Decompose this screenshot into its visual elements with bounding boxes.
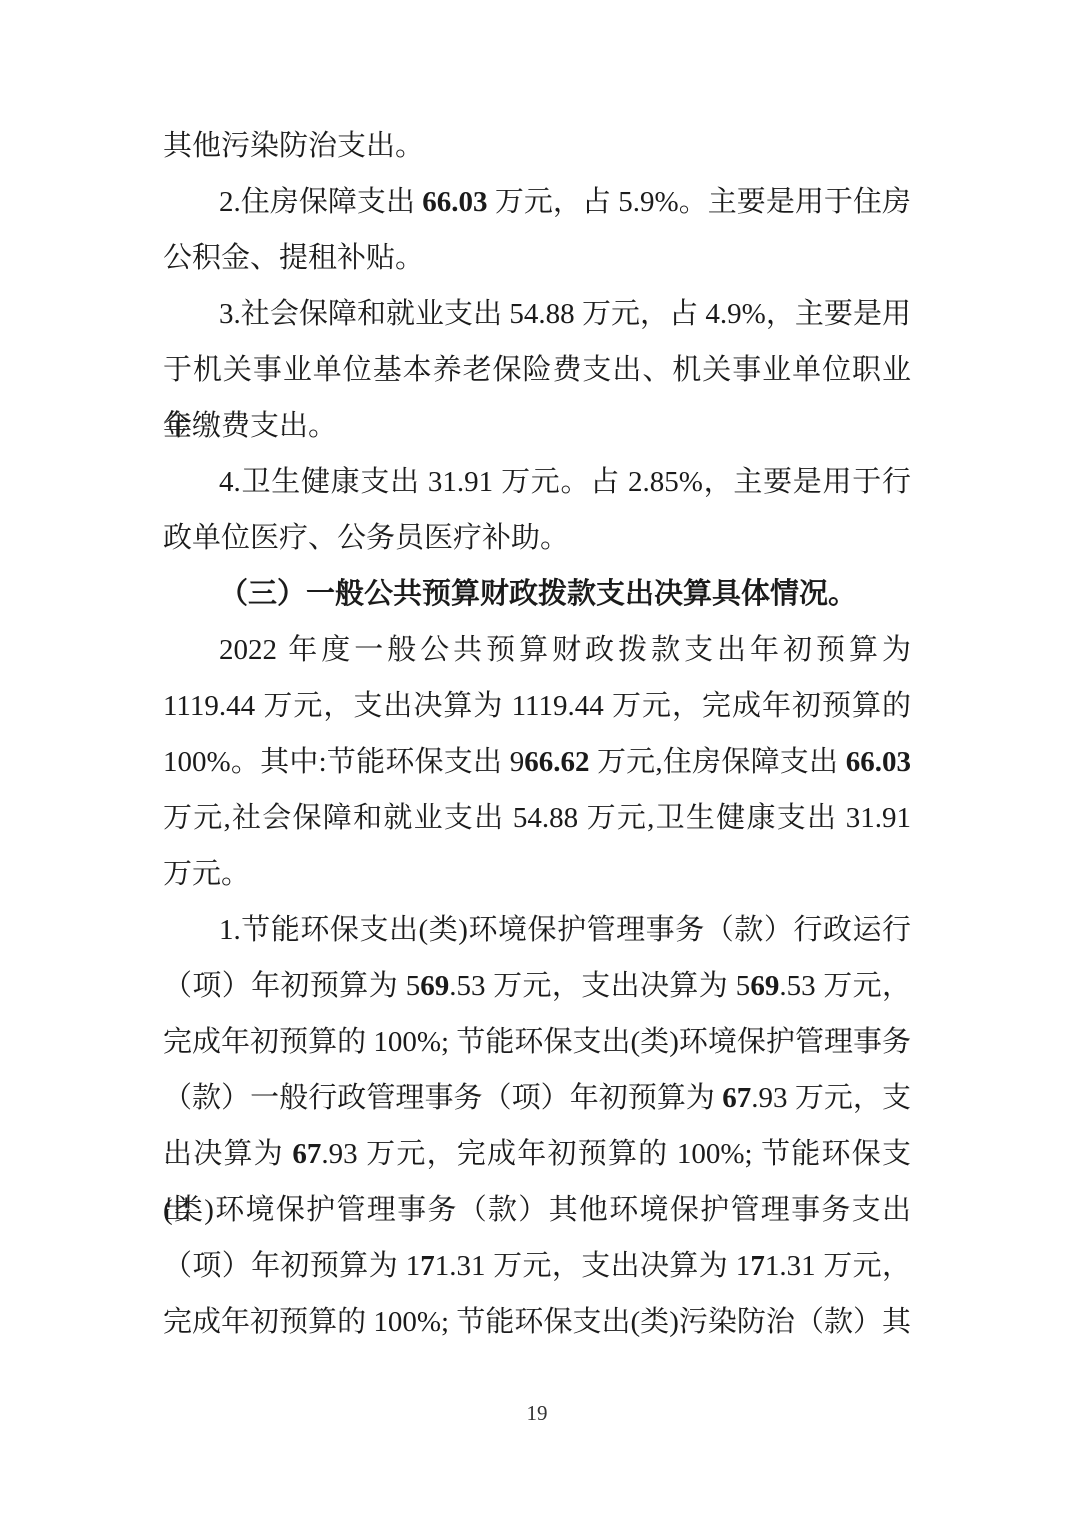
text-line: 4.卫生健康支出 31.91 万元。占 2.85%，主要是用于行 [163,454,911,510]
text-line: 于机关事业单位基本养老保险费支出、机关事业单位职业年 [163,342,911,398]
text-run: 69 [750,970,779,1002]
text-line: 政单位医疗、公务员医疗补助。 [163,510,911,566]
text-line: (类)环境保护管理事务（款）其他环境保护管理事务支出 [163,1182,911,1238]
text-run: （项）年初预算为 1 [163,1250,420,1282]
text-line: 3.社会保障和就业支出 54.88 万元，占 4.9%，主要是用 [163,286,911,342]
text-run: 其他污染防治支出。 [163,130,424,162]
text-run: (类)环境保护管理事务（款）其他环境保护管理事务支出 [163,1194,911,1226]
text-run: 万元。 [163,858,250,890]
text-line: 2022 年度一般公共预算财政拨款支出年初预算为 [163,622,911,678]
text-line: 2.住房保障支出 66.03 万元，占 5.9%。主要是用于住房 [163,174,911,230]
text-run: 出决算为 [163,1138,292,1170]
text-run: 7 [750,1250,765,1282]
text-run: 1.31 万元，支出决算为 1 [435,1250,751,1282]
text-run: 完成年初预算的 100%; 节能环保支出(类)污染防治（款）其 [163,1306,911,1338]
text-run: （款）一般行政管理事务（项）年初预算为 [163,1082,722,1114]
text-run: 万元,社会保障和就业支出 54.88 万元,卫生健康支出 31.91 [163,802,911,834]
text-run: .53 万元， [779,970,911,1002]
text-run: 7 [420,1250,435,1282]
text-run: 66.03 [422,186,487,218]
text-line: 100%。其中:节能环保支出 966.62 万元,住房保障支出 66.03 [163,734,911,790]
text-run: 67 [292,1138,321,1170]
text-run: 2.住房保障支出 [219,186,422,218]
text-run: 4.卫生健康支出 31.91 万元。占 2.85%，主要是用于行 [219,466,911,498]
text-run: 66.62 [524,746,589,778]
text-line: 完成年初预算的 100%; 节能环保支出(类)环境保护管理事务 [163,1014,911,1070]
text-run: 66.03 [846,746,911,778]
text-line: （项）年初预算为 171.31 万元，支出决算为 171.31 万元， [163,1238,911,1294]
text-line: 其他污染防治支出。 [163,118,911,174]
text-line: 1119.44 万元，支出决算为 1119.44 万元，完成年初预算的 [163,678,911,734]
text-line: 金缴费支出。 [163,398,911,454]
document-body: 其他污染防治支出。2.住房保障支出 66.03 万元，占 5.9%。主要是用于住… [163,118,911,1350]
text-run: 2022 年度一般公共预算财政拨款支出年初预算为 [219,634,911,666]
text-run: 万元,住房保障支出 [589,746,845,778]
text-run: 金缴费支出。 [163,410,337,442]
text-run: 67 [722,1082,751,1114]
text-run: 1.31 万元， [765,1250,911,1282]
text-line: （项）年初预算为 569.53 万元，支出决算为 569.53 万元， [163,958,911,1014]
document-page: 其他污染防治支出。2.住房保障支出 66.03 万元，占 5.9%。主要是用于住… [0,0,1074,1520]
text-line: 1.节能环保支出(类)环境保护管理事务（款）行政运行 [163,902,911,958]
text-run: 公积金、提租补贴。 [163,242,424,274]
text-line: 出决算为 67.93 万元，完成年初预算的 100%; 节能环保支出 [163,1126,911,1182]
page-number: 19 [0,1398,1074,1428]
text-run: 100%。其中:节能环保支出 9 [163,746,524,778]
text-run: （项）年初预算为 5 [163,970,420,1002]
text-run: 3.社会保障和就业支出 54.88 万元，占 4.9%，主要是用 [219,298,911,330]
text-run: 1.节能环保支出(类)环境保护管理事务（款）行政运行 [219,914,911,946]
text-line: （三）一般公共预算财政拨款支出决算具体情况。 [163,566,911,622]
text-run: （三）一般公共预算财政拨款支出决算具体情况。 [219,578,857,610]
text-run: 完成年初预算的 100%; 节能环保支出(类)环境保护管理事务 [163,1026,911,1058]
text-line: （款）一般行政管理事务（项）年初预算为 67.93 万元，支 [163,1070,911,1126]
text-run: 69 [420,970,449,1002]
text-line: 万元,社会保障和就业支出 54.88 万元,卫生健康支出 31.91 [163,790,911,846]
text-run: .93 万元，支 [751,1082,911,1114]
text-line: 完成年初预算的 100%; 节能环保支出(类)污染防治（款）其 [163,1294,911,1350]
text-run: 政单位医疗、公务员医疗补助。 [163,522,569,554]
text-run: 万元，占 5.9%。主要是用于住房 [488,186,911,218]
text-run: .53 万元，支出决算为 5 [449,970,750,1002]
text-run: 1119.44 万元，支出决算为 1119.44 万元，完成年初预算的 [163,690,911,722]
text-line: 万元。 [163,846,911,902]
text-line: 公积金、提租补贴。 [163,230,911,286]
